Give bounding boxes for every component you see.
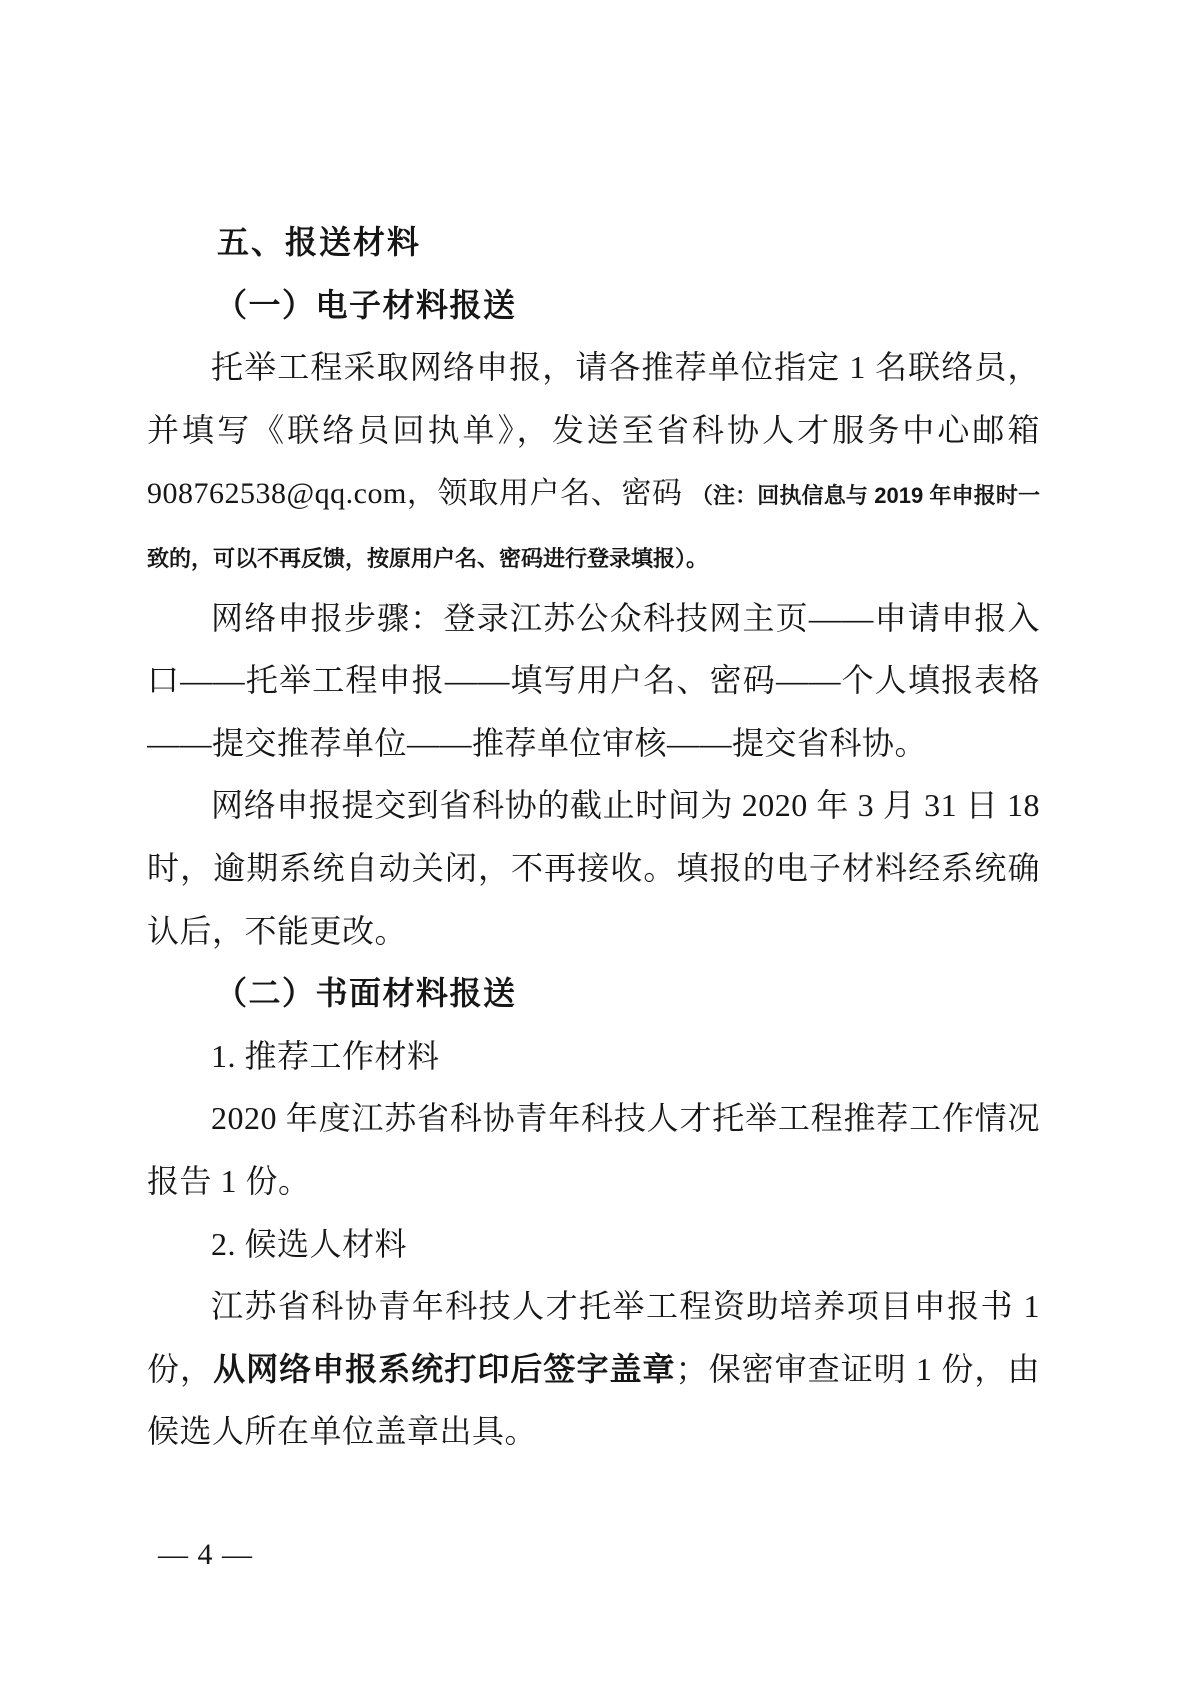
section-heading: 五、报送材料	[147, 211, 1040, 274]
page-number: — 4 —	[158, 1524, 253, 1586]
sub1-paragraph3-line3: 认后，不能更改。	[147, 900, 1040, 963]
sub2-item1-heading: 1. 推荐工作材料	[147, 1025, 1040, 1088]
sub1-paragraph2-line3: ——提交推荐单位——推荐单位审核——提交省科协。	[147, 712, 1040, 775]
sub2-item2-line2: 份，从网络申报系统打印后签字盖章；保密审查证明 1 份，由	[147, 1338, 1040, 1401]
inline-note-part1: （注：回执信息与 2019 年申报时一	[691, 483, 1040, 508]
sub2-item2-line3: 候选人所在单位盖章出具。	[147, 1400, 1040, 1463]
sub2-item2-heading: 2. 候选人材料	[147, 1213, 1040, 1276]
sub1-paragraph2-line2: 口——托举工程申报——填写用户名、密码——个人填报表格	[147, 649, 1040, 712]
subsection-1-heading: （一）电子材料报送	[147, 274, 1040, 337]
sub2-item1-line2: 报告 1 份。	[147, 1150, 1040, 1213]
sub2-item2-line1: 江苏省科协青年科技人才托举工程资助培养项目申报书 1	[147, 1275, 1040, 1338]
sub1-paragraph2-line1: 网络申报步骤：登录江苏公众科技网主页——申请申报入	[147, 587, 1040, 650]
sub1-paragraph1-line4: 致的，可以不再反馈，按原用户名、密码进行登录填报）。	[147, 524, 1040, 587]
sub2-item1-line1: 2020 年度江苏省科协青年科技人才托举工程推荐工作情况	[147, 1087, 1040, 1150]
line2-suffix: ；保密审查证明 1 份，由	[676, 1351, 1040, 1387]
sub1-paragraph3-line2: 时，逾期系统自动关闭，不再接收。填报的电子材料经系统确	[147, 837, 1040, 900]
sub1-paragraph1-line2: 并填写《联络员回执单》，发送至省科协人才服务中心邮箱	[147, 399, 1040, 462]
document-body: 五、报送材料 （一）电子材料报送 托举工程采取网络申报，请各推荐单位指定 1 名…	[147, 211, 1040, 1463]
email-address-text: 908762538@qq.com，领取用户名、密码	[147, 477, 691, 510]
sub1-paragraph3-line1: 网络申报提交到省科协的截止时间为 2020 年 3 月 31 日 18	[147, 774, 1040, 837]
sub1-paragraph1-line3: 908762538@qq.com，领取用户名、密码 （注：回执信息与 2019 …	[147, 461, 1040, 524]
inline-note-part2: 致的，可以不再反馈，按原用户名、密码进行登录填报）。	[147, 546, 708, 571]
line2-bold-emphasis: 从网络申报系统打印后签字盖章	[213, 1351, 676, 1387]
line2-prefix: 份，	[147, 1351, 213, 1387]
sub1-paragraph1-line1: 托举工程采取网络申报，请各推荐单位指定 1 名联络员，	[147, 336, 1040, 399]
subsection-2-heading: （二）书面材料报送	[147, 962, 1040, 1025]
